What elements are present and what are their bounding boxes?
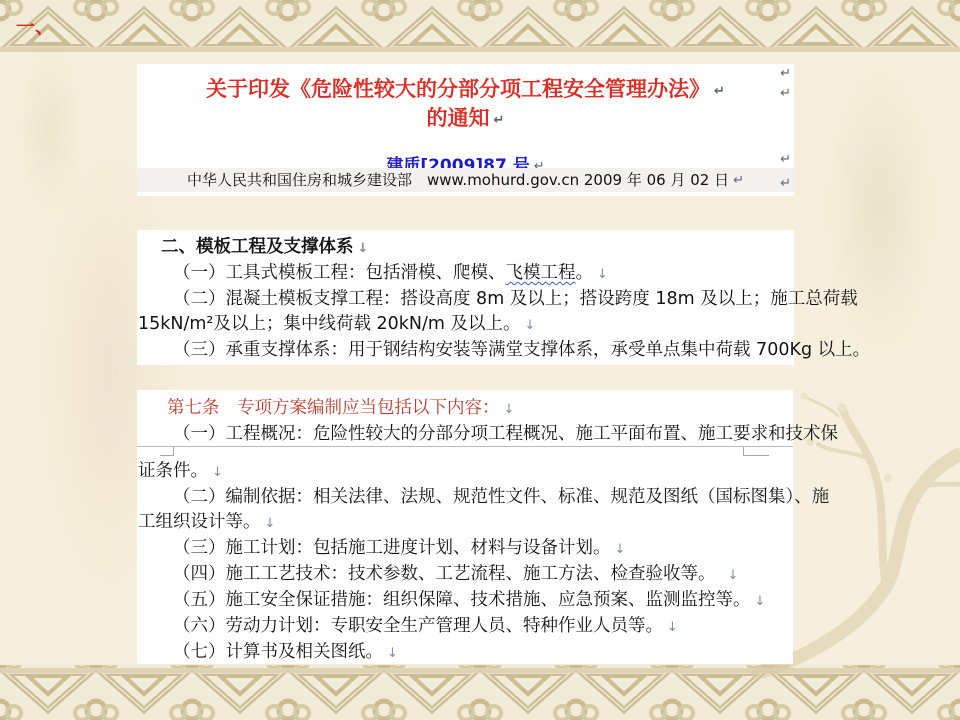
paragraph-mark-icon: ↵ bbox=[780, 152, 791, 167]
article7-item-1-line1: （一）工程概况：危险性较大的分部分项工程概况、施工平面布置、施工要求和技术保 bbox=[137, 422, 793, 447]
article7-card: 第七条 专项方案编制应当包括以下内容：↓ （一）工程概况：危险性较大的分部分项工… bbox=[137, 390, 793, 664]
article7-item-2-line1: （二）编制依据：相关法律、法规、规范性文件、标准、规范及图纸（国标图集）、施 bbox=[137, 485, 793, 510]
article7-item-5: （五）施工安全保证措施：组织保障、技术措施、应急预案、监测监控等。↓ bbox=[137, 588, 793, 614]
article7-heading: 第七条 专项方案编制应当包括以下内容：↓ bbox=[137, 396, 793, 422]
formwork-item-2-line1: （二）混凝土模板支撑工程：搭设高度 8m 及以上；搭设跨度 18m 及以上；施工… bbox=[137, 287, 794, 312]
notice-title-line1: 关于印发《危险性较大的分部分项工程安全管理办法》 bbox=[206, 77, 710, 101]
notice-header-card: 关于印发《危险性较大的分部分项工程安全管理办法》↵ 的通知↵ 建质[2009]8… bbox=[137, 64, 794, 196]
article7-item2-line2-text: 工组织设计等。 bbox=[138, 512, 261, 532]
slide-corner-label: 一、 bbox=[16, 12, 54, 39]
formwork-item2-line2-text: 15kN/m²及以上；集中线荷载 20kN/m 及以上。 bbox=[138, 314, 521, 334]
article7-item-3: （三）施工计划：包括施工进度计划、材料与设备计划。↓ bbox=[137, 536, 793, 562]
linebreak-mark-icon: ↓ bbox=[504, 402, 515, 417]
article7-item-6: （六）劳动力计划：专职安全生产管理人员、特种作业人员等。↓ bbox=[137, 614, 793, 640]
linebreak-mark-icon: ↓ bbox=[387, 646, 398, 661]
article7-item3-text: （三）施工计划：包括施工进度计划、材料与设备计划。 bbox=[173, 538, 611, 558]
formwork-heading: 二、模板工程及支撑体系↓ bbox=[137, 235, 794, 261]
formwork-heading-text: 二、模板工程及支撑体系 bbox=[161, 237, 354, 257]
article7-item2-line1-text: （二）编制依据：相关法律、法规、规范性文件、标准、规范及图纸（国标图集）、施 bbox=[173, 487, 829, 507]
paragraph-mark-icon: ↵ bbox=[733, 173, 744, 188]
slide: 一、 关于印发《危险性较大的分部分项工程安全管理办法》↵ 的通知↵ 建质[200… bbox=[0, 0, 960, 720]
linebreak-mark-icon: ↓ bbox=[597, 267, 608, 282]
notice-title: 关于印发《危险性较大的分部分项工程安全管理办法》↵ 的通知↵ bbox=[137, 64, 794, 134]
notice-title-line2: 的通知 bbox=[427, 106, 490, 130]
linebreak-mark-icon: ↓ bbox=[755, 594, 766, 609]
linebreak-mark-icon: ↓ bbox=[265, 516, 276, 531]
paragraph-mark-icon: ↵ bbox=[780, 66, 791, 81]
formwork-item-3: （三）承重支撑体系：用于钢结构安装等满堂支撑体系，承受单点集中荷载 700Kg … bbox=[137, 338, 794, 363]
formwork-item1-prefix: （一）工具式模板工程：包括滑模、爬模、 bbox=[173, 263, 506, 283]
word-page-boundary bbox=[137, 446, 793, 460]
article7-item-7: （七）计算书及相关图纸。↓ bbox=[137, 640, 793, 666]
article7-item1-line1-text: （一）工程概况：危险性较大的分部分项工程概况、施工平面布置、施工要求和技术保 bbox=[173, 424, 838, 444]
linebreak-mark-icon: ↓ bbox=[667, 620, 678, 635]
paragraph-mark-icon: ↵ bbox=[780, 86, 791, 101]
formwork-item1-spellcheck-text: 飞模工程 bbox=[506, 263, 576, 283]
linebreak-mark-icon: ↓ bbox=[615, 542, 626, 557]
article7-item-2-line2: 工组织设计等。↓ bbox=[137, 510, 793, 536]
ministry-source-text: 中华人民共和国住房和城乡建设部 www.mohurd.gov.cn 2009 年… bbox=[187, 171, 729, 189]
article7-heading-text: 第七条 专项方案编制应当包括以下内容： bbox=[167, 398, 500, 418]
paragraph-mark-icon: ↵ bbox=[714, 84, 725, 99]
paragraph-mark-icon: ↵ bbox=[780, 176, 791, 191]
formwork-item-1: （一）工具式模板工程：包括滑模、爬模、飞模工程。↓ bbox=[137, 261, 794, 287]
formwork-section-card: 二、模板工程及支撑体系↓ （一）工具式模板工程：包括滑模、爬模、飞模工程。↓ （… bbox=[137, 230, 794, 365]
linebreak-mark-icon: ↓ bbox=[358, 241, 369, 256]
linebreak-mark-icon: ↓ bbox=[728, 568, 739, 583]
article7-item7-text: （七）计算书及相关图纸。 bbox=[173, 642, 383, 662]
article7-item-1-line2: 证条件。↓ bbox=[137, 459, 793, 485]
article7-item1-line2-text: 证条件。 bbox=[138, 461, 208, 481]
page-boundary-corner-left bbox=[160, 447, 174, 456]
page-boundary-corner-right bbox=[743, 447, 769, 456]
border-pattern-top-icon bbox=[0, 0, 960, 52]
formwork-item3-text: （三）承重支撑体系：用于钢结构安装等满堂支撑体系，承受单点集中荷载 700Kg … bbox=[173, 340, 870, 360]
formwork-item2-line1-text: （二）混凝土模板支撑工程：搭设高度 8m 及以上；搭设跨度 18m 及以上；施工… bbox=[173, 289, 858, 309]
article7-item4-text: （四）施工工艺技术：技术参数、工艺流程、施工方法、检查验收等。 bbox=[173, 564, 716, 584]
article7-item6-text: （六）劳动力计划：专职安全生产管理人员、特种作业人员等。 bbox=[173, 616, 663, 636]
linebreak-mark-icon: ↓ bbox=[212, 465, 223, 480]
decorative-border-top bbox=[0, 0, 960, 52]
linebreak-mark-icon: ↓ bbox=[525, 318, 536, 333]
article7-item-4: （四）施工工艺技术：技术参数、工艺流程、施工方法、检查验收等。↓ bbox=[137, 562, 793, 588]
formwork-item1-suffix: 。 bbox=[576, 263, 594, 283]
formwork-item-2-line2: 15kN/m²及以上；集中线荷载 20kN/m 及以上。↓ bbox=[137, 312, 794, 338]
paragraph-mark-icon: ↵ bbox=[494, 113, 505, 128]
article7-item5-text: （五）施工安全保证措施：组织保障、技术措施、应急预案、监测监控等。 bbox=[173, 590, 751, 610]
ministry-source-bar: 中华人民共和国住房和城乡建设部 www.mohurd.gov.cn 2009 年… bbox=[137, 168, 794, 192]
